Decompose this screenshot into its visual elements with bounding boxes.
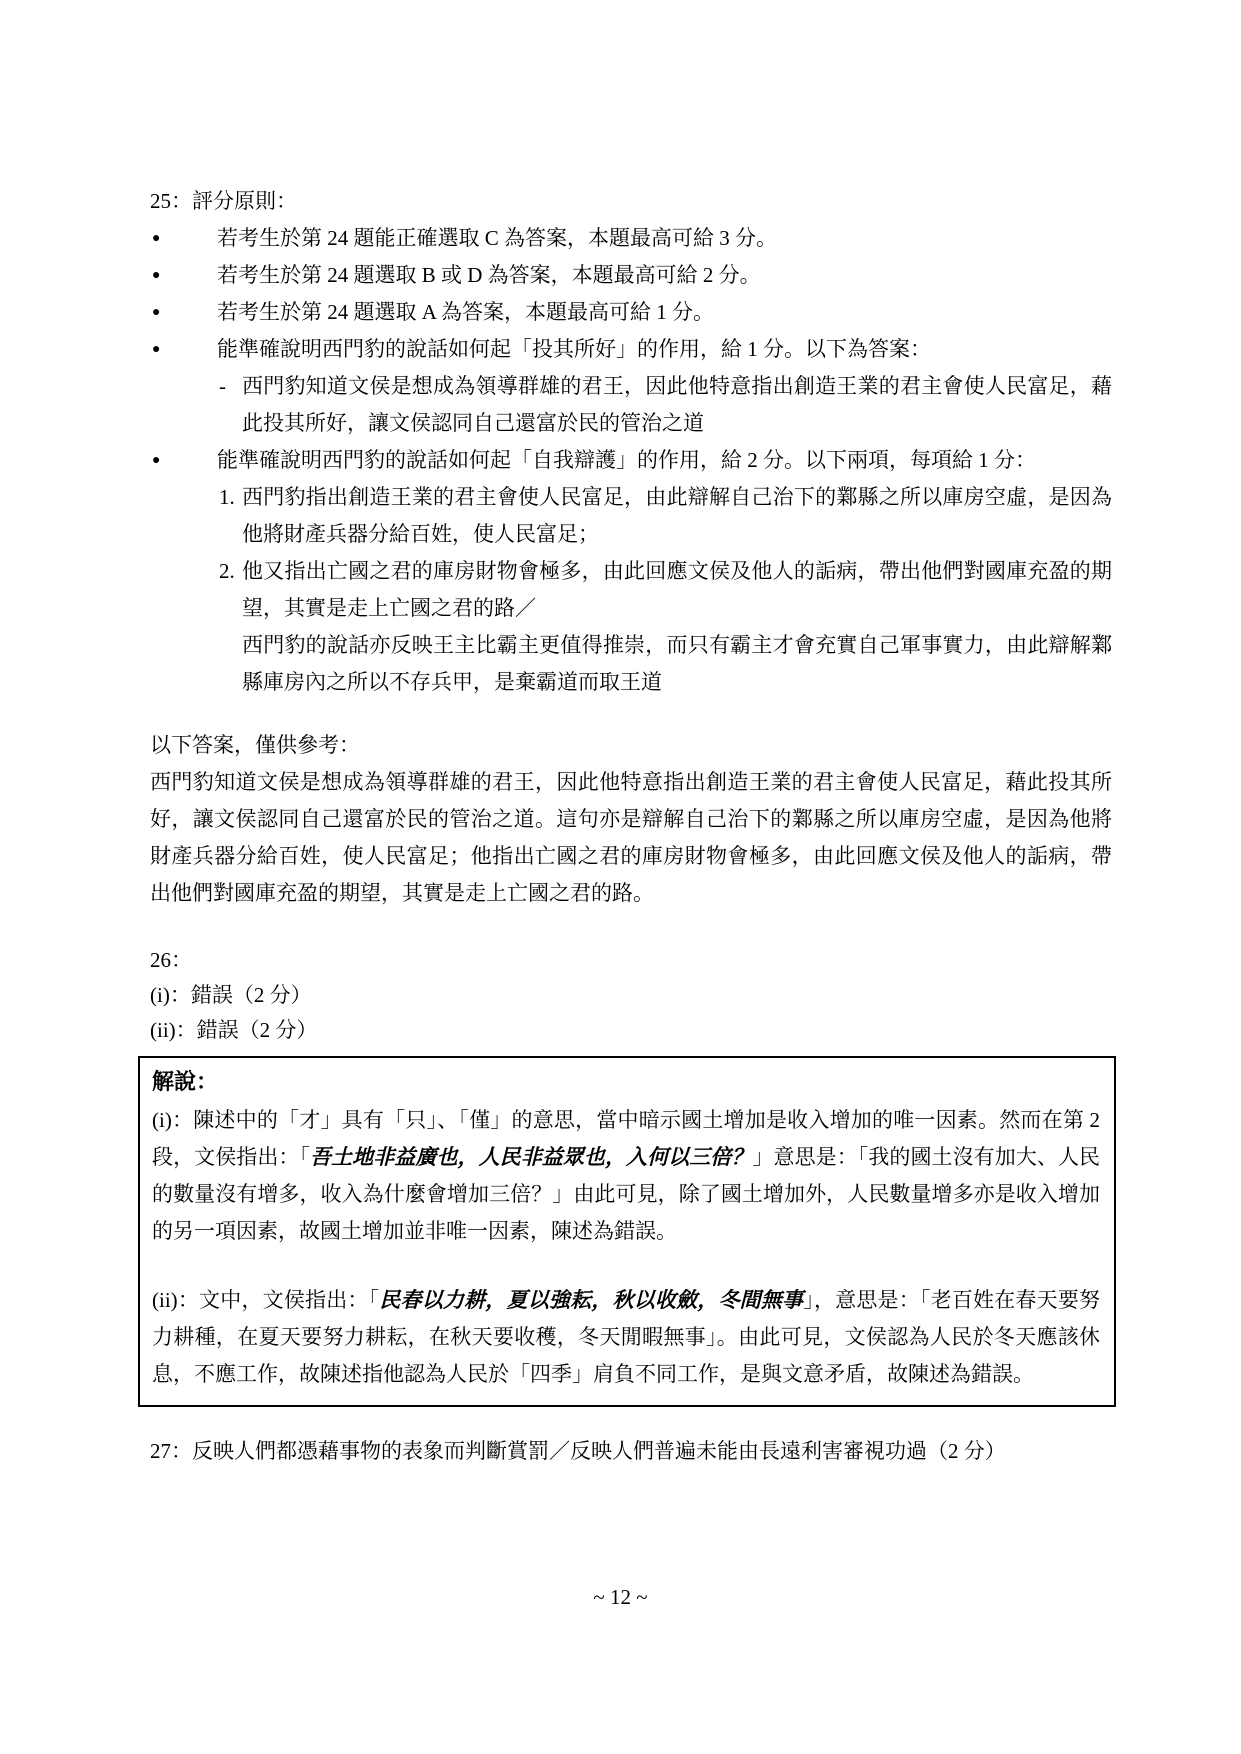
- list-item-text: 西門豹指出創造王業的君主會使人民富足，由此辯解自己治下的鄴縣之所以庫房空虛，是因…: [242, 479, 1112, 553]
- q26-answer-ii: (ii)：錯誤（2 分）: [150, 1013, 1112, 1048]
- q27-answer: 27：反映人們都憑藉事物的表象而判斷賞罰／反映人們普遍未能由長遠利害審視功過（2…: [150, 1433, 1112, 1470]
- bullet-icon: ●: [152, 442, 160, 479]
- explanation-ii: (ii)：文中，文侯指出：「民春以力耕，夏以強耘，秋以收斂，冬間無事」，意思是：…: [152, 1282, 1100, 1393]
- list-item-text: 若考生於第 24 題能正確選取 C 為答案，本題最高可給 3 分。: [217, 220, 1112, 257]
- list-item-text: 他又指出亡國之君的庫房財物會極多，由此回應文侯及他人的詬病，帶出他們對國庫充盈的…: [242, 553, 1112, 627]
- bullet-icon: ●: [152, 220, 160, 257]
- explanation-box: 解說： (i)：陳述中的「才」具有「只」、「僅」的意思，當中暗示國土增加是收入增…: [138, 1056, 1116, 1407]
- list-item-text: 能準確說明西門豹的說話如何起「自我辯護」的作用，給 2 分。以下兩項，每項給 1…: [217, 442, 1112, 479]
- number-marker: 1.: [219, 479, 235, 516]
- q25-numbered-subitem: 2. 他又指出亡國之君的庫房財物會極多，由此回應文侯及他人的詬病，帶出他們對國庫…: [150, 553, 1112, 701]
- reference-answer-body: 西門豹知道文侯是想成為領導群雄的君王，因此他特意指出創造王業的君主會使人民富足，…: [150, 764, 1112, 912]
- q25-numbered-subitem: 1. 西門豹指出創造王業的君主會使人民富足，由此辯解自己治下的鄴縣之所以庫房空虛…: [150, 479, 1112, 553]
- q26-answer-i: (i)：錯誤（2 分）: [150, 978, 1112, 1013]
- bullet-icon: ●: [152, 257, 160, 294]
- explanation-i: (i)：陳述中的「才」具有「只」、「僅」的意思，當中暗示國土增加是收入增加的唯一…: [152, 1102, 1100, 1250]
- explanation-box-title: 解說：: [152, 1062, 1100, 1102]
- dash-marker: -: [219, 368, 226, 405]
- q25-heading: 25：評分原則：: [150, 183, 1112, 220]
- list-item-text-alt: 西門豹的說話亦反映王主比霸主更值得推崇，而只有霸主才會充實自己軍事實力，由此辯解…: [242, 627, 1112, 701]
- q25-bullet-item: ● 若考生於第 24 題能正確選取 C 為答案，本題最高可給 3 分。: [150, 220, 1112, 257]
- bullet-icon: ●: [152, 331, 160, 368]
- list-item-text: 能準確說明西門豹的說話如何起「投其所好」的作用，給 1 分。以下為答案：: [217, 331, 1112, 368]
- list-item-text: 西門豹知道文侯是想成為領導群雄的君王，因此他特意指出創造王業的君主會使人民富足，…: [242, 368, 1112, 442]
- number-marker: 2.: [219, 553, 235, 590]
- bullet-icon: ●: [152, 294, 160, 331]
- q25-bullet-item: ● 若考生於第 24 題選取 A 為答案，本題最高可給 1 分。: [150, 294, 1112, 331]
- classical-quote-ii: 民春以力耕，夏以強耘，秋以收斂，冬間無事: [379, 1288, 803, 1312]
- list-item-text: 若考生於第 24 題選取 A 為答案，本題最高可給 1 分。: [217, 294, 1112, 331]
- list-item-text: 若考生於第 24 題選取 B 或 D 為答案，本題最高可給 2 分。: [217, 257, 1112, 294]
- q25-dash-subitem: - 西門豹知道文侯是想成為領導群雄的君王，因此他特意指出創造王業的君主會使人民富…: [150, 368, 1112, 442]
- q25-bullet-item: ● 能準確說明西門豹的說話如何起「投其所好」的作用，給 1 分。以下為答案：: [150, 331, 1112, 368]
- explanation-ii-pre: (ii)：文中，文侯指出：「: [152, 1288, 379, 1312]
- reference-answer-intro: 以下答案，僅供參考：: [150, 727, 1112, 764]
- page-number: ~ 12 ~: [0, 1584, 1241, 1610]
- q25-bullet-item: ● 若考生於第 24 題選取 B 或 D 為答案，本題最高可給 2 分。: [150, 257, 1112, 294]
- page-content: 25：評分原則： ● 若考生於第 24 題能正確選取 C 為答案，本題最高可給 …: [150, 183, 1112, 1470]
- q26-heading: 26：: [150, 943, 1112, 978]
- classical-quote-i: 吾土地非益廣也，人民非益眾也，入何以三倍？: [310, 1145, 752, 1169]
- q25-bullet-item: ● 能準確說明西門豹的說話如何起「自我辯護」的作用，給 2 分。以下兩項，每項給…: [150, 442, 1112, 479]
